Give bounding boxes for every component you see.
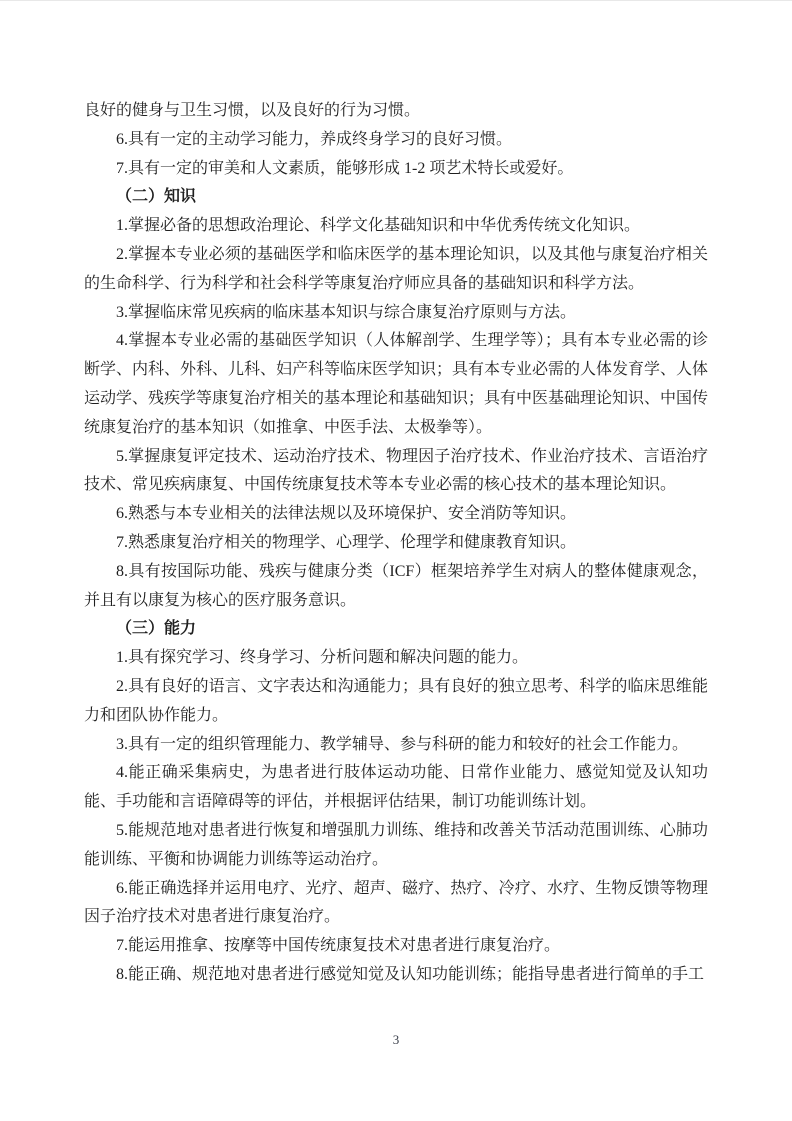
paragraph: 6.具有一定的主动学习能力，养成终身学习的良好习惯。	[84, 126, 708, 155]
paragraph: 6.能正确选择并运用电疗、光疗、超声、磁疗、热疗、冷疗、水疗、生物反馈等物理因子…	[84, 875, 708, 933]
paragraph: 7.熟悉康复治疗相关的物理学、心理学、伦理学和健康教育知识。	[84, 529, 708, 558]
paragraph: 1.掌握必备的思想政治理论、科学文化基础知识和中华优秀传统文化知识。	[84, 212, 708, 241]
paragraph: 2.掌握本专业必须的基础医学和临床医学的基本理论知识，以及其他与康复治疗相关的生…	[84, 241, 708, 299]
paragraph-continuation: 良好的健身与卫生习惯，以及良好的行为习惯。	[84, 97, 708, 126]
paragraph: 3.掌握临床常见疾病的临床基本知识与综合康复治疗原则与方法。	[84, 299, 708, 328]
paragraph: 2.具有良好的语言、文字表达和沟通能力；具有良好的独立思考、科学的临床思维能力和…	[84, 673, 708, 731]
paragraph: 7.能运用推拿、按摩等中国传统康复技术对患者进行康复治疗。	[84, 932, 708, 961]
paragraph: 8.能正确、规范地对患者进行感觉知觉及认知功能训练；能指导患者进行简单的手工	[84, 961, 708, 990]
paragraph: 8.具有按国际功能、残疾与健康分类（ICF）框架培养学生对病人的整体健康观念，并…	[84, 558, 708, 616]
paragraph: 5.掌握康复评定技术、运动治疗技术、物理因子治疗技术、作业治疗技术、言语治疗技术…	[84, 443, 708, 501]
page-number: 3	[0, 1031, 792, 1049]
paragraph: 4.掌握本专业必需的基础医学知识（人体解剖学、生理学等）；具有本专业必需的诊断学…	[84, 327, 708, 442]
paragraph: 1.具有探究学习、终身学习、分析问题和解决问题的能力。	[84, 644, 708, 673]
paragraph: 6.熟悉与本专业相关的法律法规以及环境保护、安全消防等知识。	[84, 500, 708, 529]
paragraph: 7.具有一定的审美和人文素质，能够形成 1-2 项艺术特长或爱好。	[84, 155, 708, 184]
section-heading-ability: （三）能力	[84, 615, 708, 644]
paragraph: 3.具有一定的组织管理能力、教学辅导、参与科研的能力和较好的社会工作能力。	[84, 731, 708, 760]
page-body-text: 良好的健身与卫生习惯，以及良好的行为习惯。 6.具有一定的主动学习能力，养成终身…	[84, 97, 708, 990]
document-page: 良好的健身与卫生习惯，以及良好的行为习惯。 6.具有一定的主动学习能力，养成终身…	[0, 0, 792, 1121]
paragraph: 5.能规范地对患者进行恢复和增强肌力训练、维持和改善关节活动范围训练、心肺功能训…	[84, 817, 708, 875]
section-heading-knowledge: （二）知识	[84, 183, 708, 212]
paragraph: 4.能正确采集病史，为患者进行肢体运动功能、日常作业能力、感觉知觉及认知功能、手…	[84, 759, 708, 817]
